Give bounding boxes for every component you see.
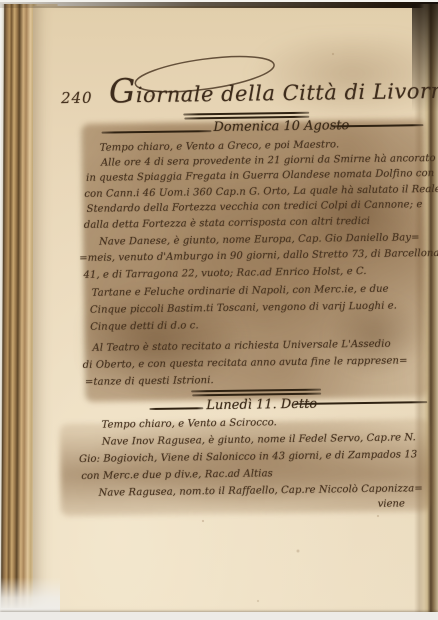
rule-divider <box>149 407 203 409</box>
manuscript-line: di Oberto, e con questa recitata anno av… <box>83 355 408 371</box>
entry-heading: Lunedì 11. Detto <box>206 397 317 414</box>
manuscript-line: Cinque detti di d.o c. <box>90 320 199 333</box>
manuscript-line: 41, e di Tarragona 22, vuoto; Rac.ad Enr… <box>83 266 366 281</box>
page-title: Giornale della Città di Livorno <box>109 67 438 111</box>
rule-divider <box>183 112 309 115</box>
rule-divider <box>191 389 321 392</box>
manuscript-line: =meis, venuto d'Amburgo in 90 giorni, da… <box>79 248 438 264</box>
manuscript-line: in questa Spiaggia Fregata in Guerra Ola… <box>86 168 434 184</box>
rule-divider <box>330 124 423 127</box>
manuscript-line: Alle ore 4 di sera provedente in 21 gior… <box>101 153 436 169</box>
manuscript-line: Tempo chiaro, e Vento a Greco, e poi Mae… <box>100 139 340 153</box>
manuscript-content: 240 Giornale della Città di Livorno Dome… <box>0 0 438 620</box>
manuscript-line: con Cann.i 46 Uom.i 360 Cap.n G. Orto, L… <box>84 184 438 200</box>
manuscript-line: Al Teatro è stato recitato a richiesta U… <box>92 339 390 354</box>
scanned-book-photo: { "document": { "page_number": "240", "t… <box>0 0 438 620</box>
manuscript-line: Nave Ragusea, nom.to il Raffaello, Cap.r… <box>98 483 422 499</box>
manuscript-line: Gio: Bogiovich, Viene di Salonicco in 43… <box>79 449 417 465</box>
entry-heading: Domenica 10 Agosto <box>213 118 349 135</box>
rule-divider <box>192 393 321 396</box>
scanner-background-bottom <box>0 612 438 620</box>
manuscript-line: dalla detta Fortezza è stata corrisposta… <box>84 216 370 231</box>
rule-divider <box>101 130 211 133</box>
catchword: viene <box>378 498 405 509</box>
manuscript-line: con Merc.e due p div.e, Rac.ad Altias <box>81 468 273 482</box>
manuscript-line: Cinque piccoli Bastim.ti Toscani, vengon… <box>90 301 397 316</box>
manuscript-line: Nave Danese, è giunto, nome Europa, Cap.… <box>99 232 420 247</box>
manuscript-line: Nave Inov Ragusea, è giunto, nome il Fed… <box>102 432 416 447</box>
manuscript-line: =tanze di questi Istrioni. <box>85 375 214 388</box>
manuscript-line: Tempo chiaro, e Vento a Scirocco. <box>102 417 277 430</box>
manuscript-line: Stendardo della Fortezza vecchia con tre… <box>87 199 423 215</box>
manuscript-line: Tartane e Feluche ordinarie di Napoli, c… <box>92 284 389 299</box>
page-number: 240 <box>61 89 93 107</box>
